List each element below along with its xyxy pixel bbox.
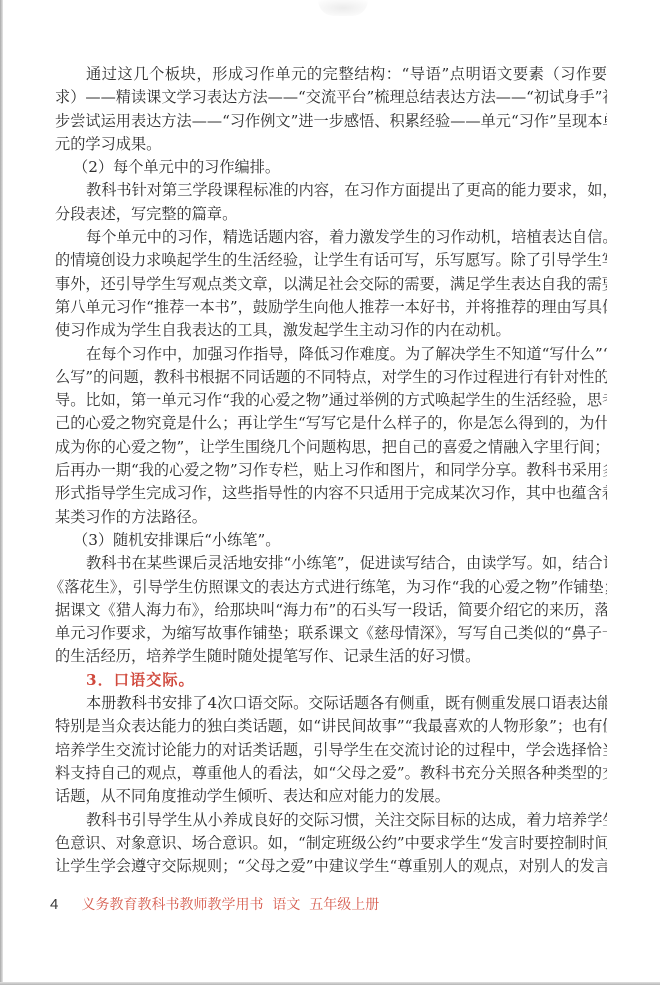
section-heading-text: 3．口语交际。 [55,669,607,692]
text-line: 事外，还引导学生写观点类文章，以满足社会交际的需要，满足学生表达自我的需要。如 [55,273,607,296]
page-footer: 4 义务教育教科书教师教学用书 语文 五年级上册 [50,894,379,916]
page-body: 通过这几个板块，形成习作单元的完整结构：“导语”点明语文要素（习作要 求）——精… [55,63,607,878]
text-line: 《落花生》，引导学生仿照课文的表达方式进行练笔，为习作“我的心爱之物”作铺垫；根 [49,576,607,599]
paragraph-unit-structure: 通过这几个板块，形成习作单元的完整结构：“导语”点明语文要素（习作要 求）——精… [55,63,607,156]
text-line: 第八单元习作“推荐一本书”，鼓励学生向他人推荐一本好书，并将推荐的理由写具体， [55,296,607,319]
text-line: 在每个习作中，加强习作指导，降低习作难度。为了解决学生不知道“写什么”“怎 [55,343,607,366]
text-line: 导。比如，第一单元习作“我的心爱之物”通过举例的方式唤起学生的生活经验，思考自 [55,389,607,412]
text-line: 教科书针对第三学段课程标准的内容，在习作方面提出了更高的能力要求，如，要求 [55,179,607,202]
subheading-text: （3）随机安排课后“小练笔”。 [55,529,607,552]
text-line: 话题，从不同角度推动学生倾听、表达和应对能力的发展。 [55,785,607,808]
text-line: 某类习作的方法路径。 [55,506,607,529]
text-line: 求）——精读课文学习表达方法——“交流平台”梳理总结表达方法——“初试身手”初 [55,86,607,109]
paragraph-writing-guidance: 在每个习作中，加强习作指导，降低习作难度。为了解决学生不知道“写什么”“怎 么写… [55,343,607,529]
text-line: 单元习作要求，为缩写故事作铺垫；联系课文《慈母情深》，写写自己类似的“鼻子一酸” [55,622,607,645]
text-line: 的生活经历，培养学生随时随处提笔写作、记录生活的好习惯。 [55,645,607,668]
text-line: 每个单元中的习作，精选话题内容，着力激发学生的习作动机，培植表达自信。话题 [55,226,607,249]
paragraph-communication-habits: 教科书引导学生从小养成良好的交际习惯，关注交际目标的达成，着力培养学生的角 色意… [55,809,607,879]
section-heading-oral-communication: 3．口语交际。 [55,669,607,692]
subheading-text: （2）每个单元中的习作编排。 [55,156,607,179]
text-line: 么写”的问题，教科书根据不同话题的不同特点，对学生的习作过程进行有针对性的指 [55,366,607,389]
text-line: 形式指导学生完成习作，这些指导性的内容不只适用于完成某次习作，其中也蕴含着完成 [55,482,607,505]
text-line: 使习作成为学生自我表达的工具，激发起学生主动习作的内在动机。 [55,319,607,342]
text-line: 培养学生交流讨论能力的对话类话题，引导学生在交流讨论的过程中，学会选择恰当的材 [55,739,607,762]
text-line: 成为你的心爱之物”，让学生围绕几个问题构思，把自己的喜爱之情融入字里行间；写完 [55,436,607,459]
text-line: 元的学习成果。 [55,133,607,156]
paragraph-oral-topics: 本册教科书安排了4次口语交际。交际话题各有侧重，既有侧重发展口语表达能力， 特别… [55,692,607,808]
text-line: 教科书在某些课后灵活地安排“小练笔”，促进读写结合，由读学写。如，结合课文 [55,552,607,575]
subheading-3: （3）随机安排课后“小练笔”。 [55,529,607,552]
text-line: 让学生学会遵守交际规则；“父母之爱”中建议学生“尊重别人的观点，对别人的发言给 [55,855,607,878]
subheading-2: （2）每个单元中的习作编排。 [55,156,607,179]
book-title: 义务教育教科书教师教学用书 语文 五年级上册 [81,897,379,913]
page-edge-shadow [0,0,3,985]
text-line: 的情境创设力求唤起学生的生活经验，让学生有话可写，乐写愿写。除了引导学生写景叙 [55,249,607,272]
text-line: 分段表述，写完整的篇章。 [55,203,607,226]
text-line: 后再办一期“我的心爱之物”习作专栏，贴上习作和图片，和同学分享。教科书采用多种 [55,459,607,482]
text-line: 教科书引导学生从小养成良好的交际习惯，关注交际目标的达成，着力培养学生的角 [55,809,607,832]
text-line: 特别是当众表达能力的独白类话题，如“讲民间故事”“我最喜欢的人物形象”；也有侧重 [55,715,607,738]
paragraph-practice-writing: 教科书在某些课后灵活地安排“小练笔”，促进读写结合，由读学写。如，结合课文 《落… [55,552,607,668]
text-line: 本册教科书安排了4次口语交际。交际话题各有侧重，既有侧重发展口语表达能力， [55,692,607,715]
text-line: 己的心爱之物究竟是什么；再让学生“写写它是什么样子的，你是怎么得到的，为什么会 [55,412,607,435]
text-line: 据课文《猎人海力布》，给那块叫“海力布”的石头写一段话，简要介绍它的来历，落实 [55,599,607,622]
page-number: 4 [50,894,77,916]
text-line: 色意识、对象意识、场合意识。如，“制定班级公约”中要求学生“发言时要控制时间”， [55,832,607,855]
text-line: 通过这几个板块，形成习作单元的完整结构：“导语”点明语文要素（习作要 [55,63,607,86]
text-line: 料支持自己的观点，尊重他人的看法，如“父母之爱”。教科书充分关照各种类型的交际 [55,762,607,785]
paragraph-third-stage: 教科书针对第三学段课程标准的内容，在习作方面提出了更高的能力要求，如，要求 分段… [55,179,607,226]
scan-smudge [318,0,368,16]
text-line: 步尝试运用表达方法——“习作例文”进一步感悟、积累经验——单元“习作”呈现本单 [55,110,607,133]
paragraph-unit-writing: 每个单元中的习作，精选话题内容，着力激发学生的习作动机，培植表达自信。话题 的情… [55,226,607,342]
